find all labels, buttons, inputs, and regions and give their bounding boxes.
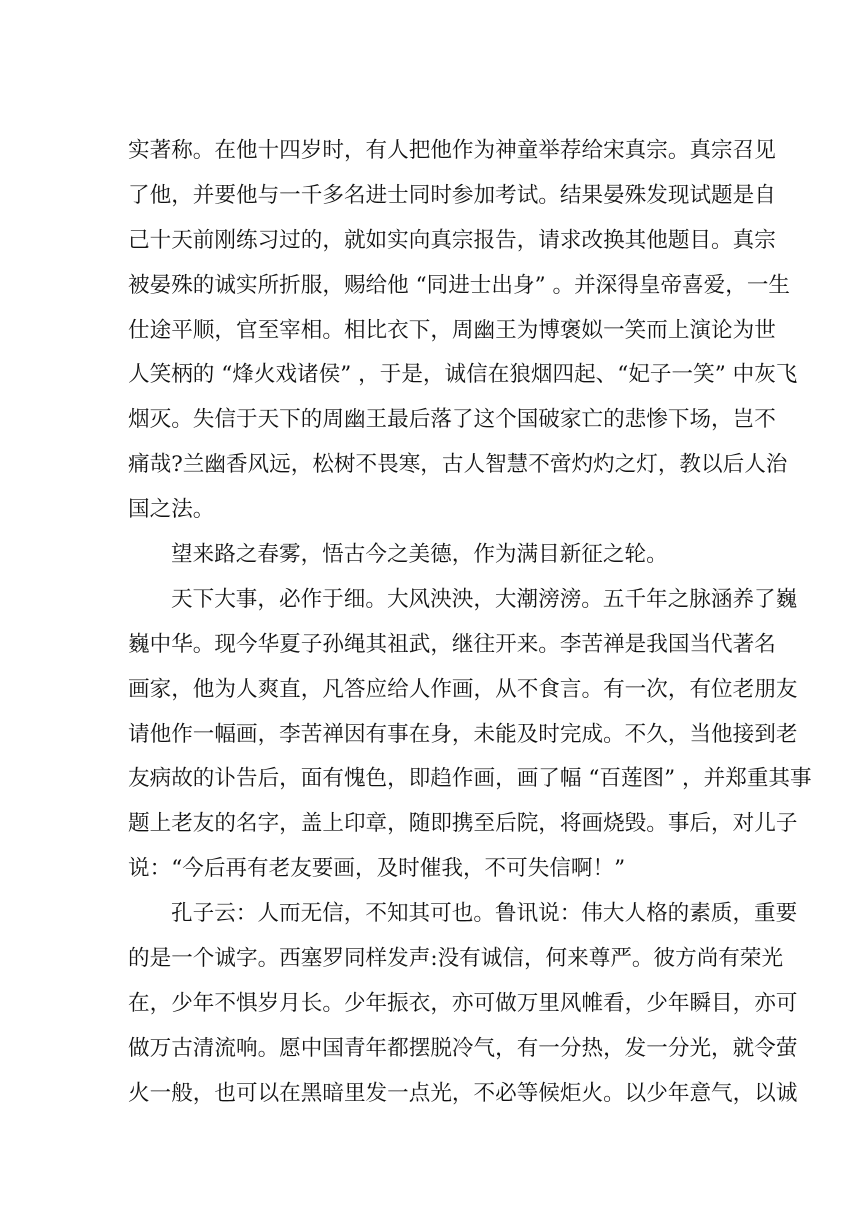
text-line: 烟灭。失信于天下的周幽王最后落了这个国破家亡的悲惨下场，岂不: [128, 398, 742, 443]
paragraph-quotes-youth: 孔子云：人而无信，不知其可也。鲁讯说：伟大人格的素质，重要 的是一个诚字。西塞罗…: [128, 892, 742, 1116]
text-line: 人笑柄的 “烽火戏诸侯” ，于是，诚信在狼烟四起、“妃子一笑” 中灰飞: [128, 353, 742, 398]
text-line: 题上老友的名字，盖上印章，随即携至后院，将画烧毁。事后，对儿子: [128, 802, 742, 847]
paragraph-likuchan-story: 天下大事，必作于细。大风泱泱，大潮滂滂。五千年之脉涵养了巍 巍中华。现今华夏子孙…: [128, 578, 742, 892]
text-line: 孔子云：人而无信，不知其可也。鲁讯说：伟大人格的素质，重要: [128, 892, 742, 937]
paragraph-yanshu-story: 实著称。在他十四岁时，有人把他作为神童举荐给宋真宗。真宗召见 了他，并要他与一千…: [128, 129, 742, 533]
text-line: 请他作一幅画，李苦禅因有事在身，未能及时完成。不久，当他接到老: [128, 713, 742, 758]
text-line: 巍中华。现今华夏子孙绳其祖武，继往开来。李苦禅是我国当代著名: [128, 623, 742, 668]
text-line: 火一般，也可以在黑暗里发一点光，不必等候炬火。以少年意气，以诚: [128, 1072, 742, 1117]
text-line: 痛哉?兰幽香风远，松树不畏寒，古人智慧不啻灼灼之灯，教以后人治: [128, 443, 742, 488]
text-line: 做万古清流响。愿中国青年都摆脱冷气，有一分热，发一分光，就令萤: [128, 1027, 742, 1072]
text-line: 国之法。: [128, 488, 742, 533]
text-line: 实著称。在他十四岁时，有人把他作为神童举荐给宋真宗。真宗召见: [128, 129, 742, 174]
paragraph-transition: 望来路之春雾，悟古今之美德，作为满目新征之轮。: [128, 533, 742, 578]
text-line: 的是一个诚字。西塞罗同样发声:没有诚信，何来尊严。彼方尚有荣光: [128, 937, 742, 982]
text-line: 友病故的讣告后，面有愧色，即趋作画，画了幅 “百莲图” ，并郑重其事: [128, 757, 742, 802]
text-line: 望来路之春雾，悟古今之美德，作为满目新征之轮。: [128, 533, 742, 578]
text-line: 己十天前刚练习过的，就如实向真宗报告，请求改换其他题目。真宗: [128, 219, 742, 264]
text-line: 了他，并要他与一千多名进士同时参加考试。结果晏殊发现试题是自: [128, 174, 742, 219]
text-line: 在，少年不惧岁月长。少年振衣，亦可做万里风帷看，少年瞬目，亦可: [128, 982, 742, 1027]
text-line: 被晏殊的诚实所折服，赐给他 “同进士出身” 。并深得皇帝喜爱，一生: [128, 264, 742, 309]
document-page: 实著称。在他十四岁时，有人把他作为神童举荐给宋真宗。真宗召见 了他，并要他与一千…: [128, 129, 742, 1117]
text-line: 天下大事，必作于细。大风泱泱，大潮滂滂。五千年之脉涵养了巍: [128, 578, 742, 623]
text-line: 说：“今后再有老友要画，及时催我，不可失信啊！”: [128, 847, 742, 892]
text-line: 画家，他为人爽直，凡答应给人作画，从不食言。有一次，有位老朋友: [128, 668, 742, 713]
text-line: 仕途平顺，官至宰相。相比衣下，周幽王为博褒姒一笑而上演论为世: [128, 309, 742, 354]
